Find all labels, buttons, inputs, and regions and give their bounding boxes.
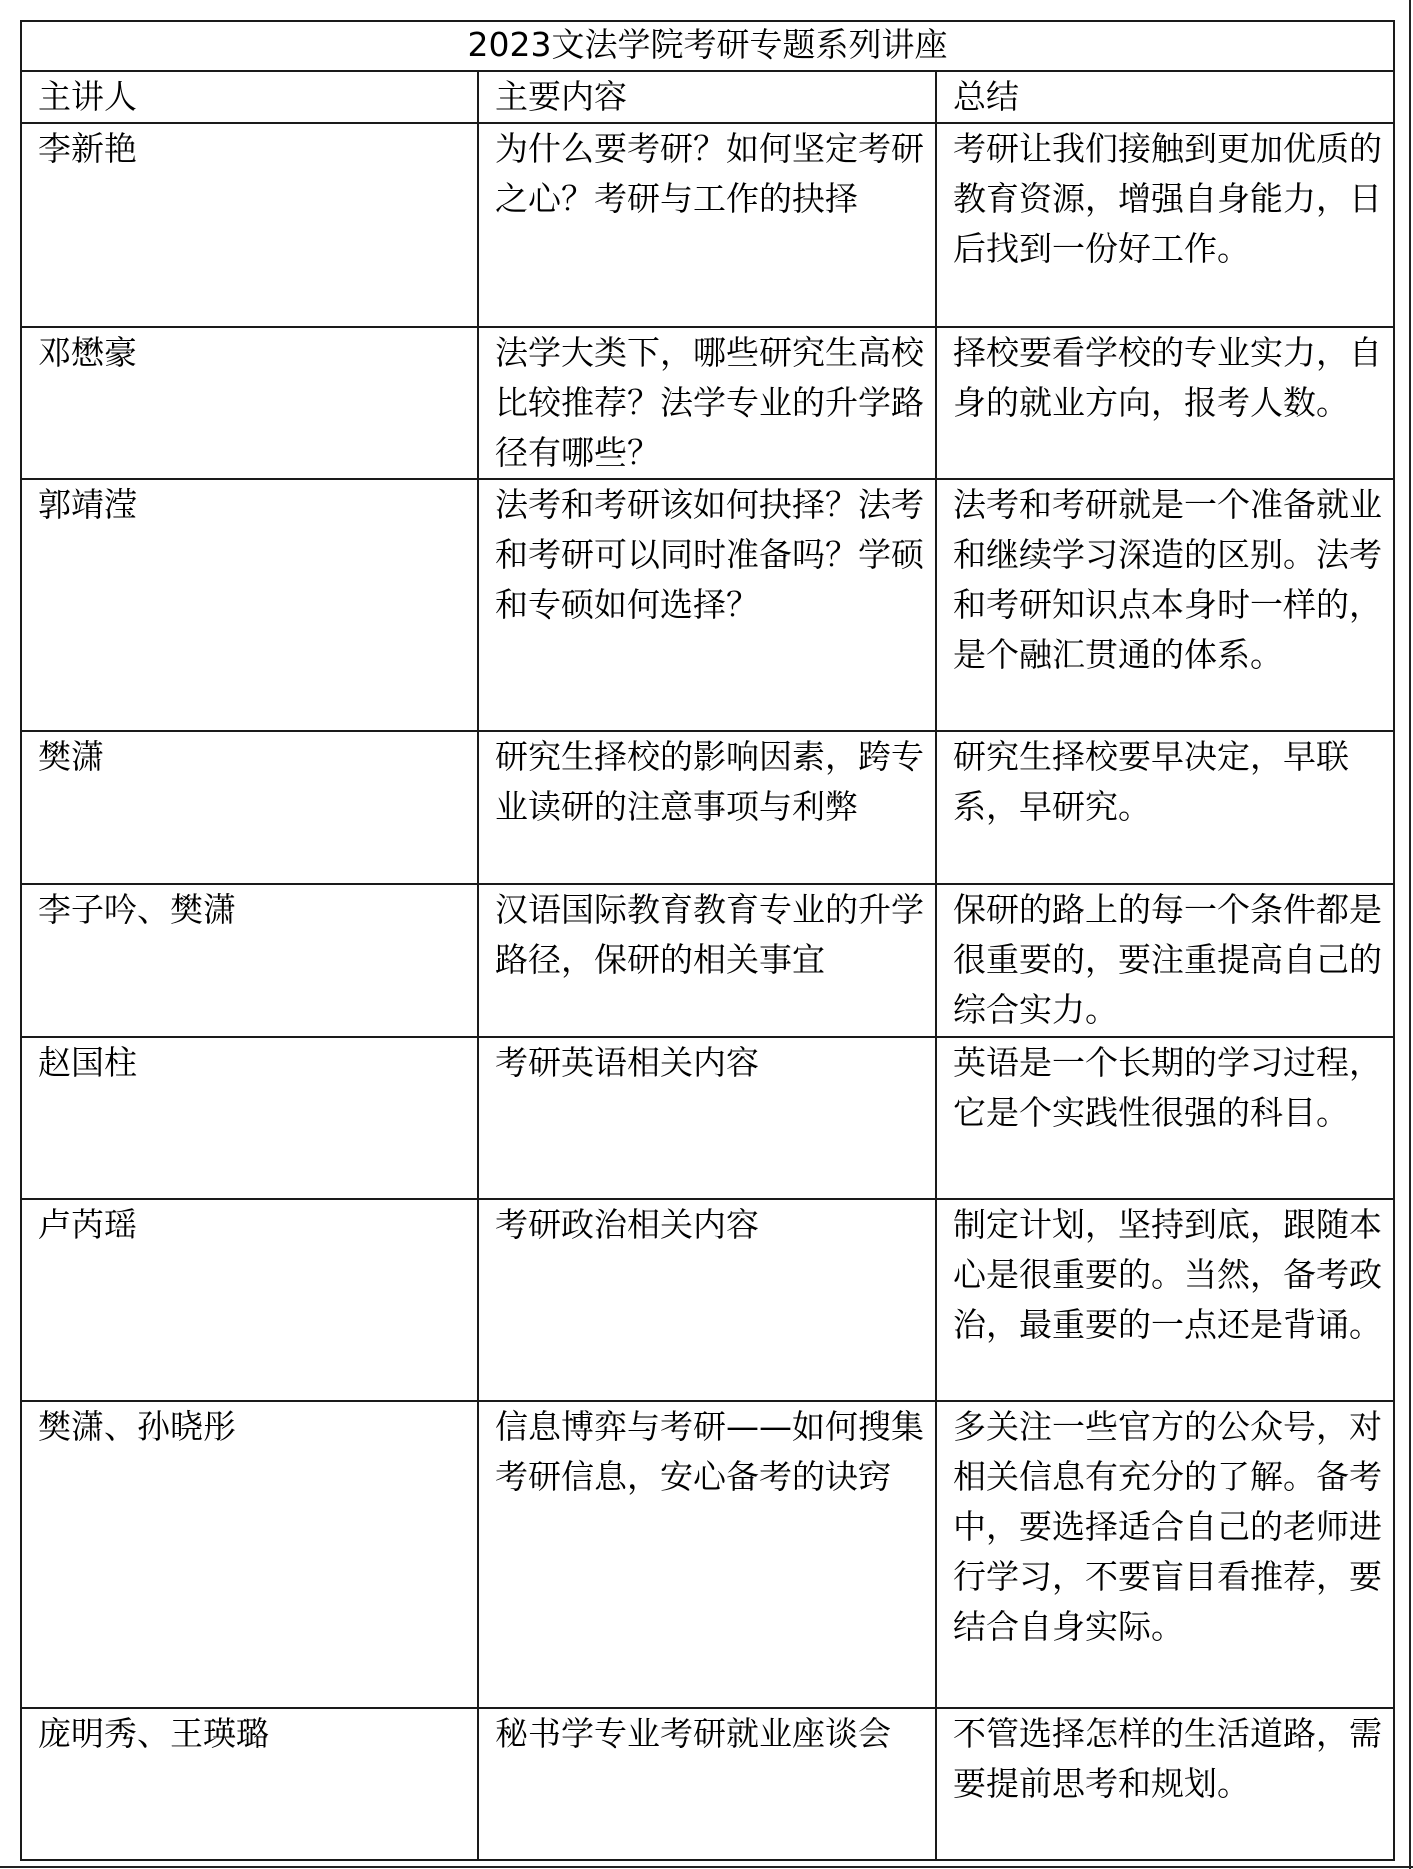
content-cell: 法考和考研该如何抉择？法考和考研可以同时准备吗？学硕和专硕如何选择？ <box>478 479 936 731</box>
content-cell: 考研英语相关内容 <box>478 1037 936 1199</box>
speaker-cell: 庞明秀、王瑛璐 <box>21 1708 478 1860</box>
speaker-cell: 赵国柱 <box>21 1037 478 1199</box>
content-cell: 为什么要考研？如何坚定考研之心？考研与工作的抉择 <box>478 123 936 327</box>
table-row: 赵国柱 考研英语相关内容 英语是一个长期的学习过程，它是个实践性很强的科目。 <box>21 1037 1394 1199</box>
table-row: 李子吟、樊潇 汉语国际教育教育专业的升学路径，保研的相关事宜 保研的路上的每一个… <box>21 884 1394 1037</box>
table-title: 2023文法学院考研专题系列讲座 <box>21 21 1394 71</box>
summary-cell: 多关注一些官方的公众号，对相关信息有充分的了解。备考中，要选择适合自己的老师进行… <box>936 1401 1394 1708</box>
content-cell: 法学大类下，哪些研究生高校比较推荐？法学专业的升学路径有哪些？ <box>478 327 936 479</box>
speaker-cell: 邓懋豪 <box>21 327 478 479</box>
table-title-row: 2023文法学院考研专题系列讲座 <box>21 21 1394 71</box>
summary-cell: 英语是一个长期的学习过程，它是个实践性很强的科目。 <box>936 1037 1394 1199</box>
page-frame-bottom-border <box>0 1866 1413 1868</box>
summary-cell: 制定计划，坚持到底，跟随本心是很重要的。当然，备考政治，最重要的一点还是背诵。 <box>936 1199 1394 1401</box>
table-header-row: 主讲人 主要内容 总结 <box>21 71 1394 123</box>
lecture-series-table: 2023文法学院考研专题系列讲座 主讲人 主要内容 总结 李新艳 为什么要考研？… <box>20 20 1395 1861</box>
header-speaker: 主讲人 <box>21 71 478 123</box>
table-row: 樊潇、孙晓彤 信息博弈与考研——如何搜集考研信息，安心备考的诀窍 多关注一些官方… <box>21 1401 1394 1708</box>
speaker-cell: 樊潇 <box>21 731 478 884</box>
header-summary: 总结 <box>936 71 1394 123</box>
header-content: 主要内容 <box>478 71 936 123</box>
table-row: 庞明秀、王瑛璐 秘书学专业考研就业座谈会 不管选择怎样的生活道路，需要提前思考和… <box>21 1708 1394 1860</box>
speaker-cell: 郭靖滢 <box>21 479 478 731</box>
content-cell: 考研政治相关内容 <box>478 1199 936 1401</box>
speaker-cell: 李新艳 <box>21 123 478 327</box>
table-row: 樊潇 研究生择校的影响因素，跨专业读研的注意事项与利弊 研究生择校要早决定，早联… <box>21 731 1394 884</box>
summary-cell: 不管选择怎样的生活道路，需要提前思考和规划。 <box>936 1708 1394 1860</box>
content-cell: 信息博弈与考研——如何搜集考研信息，安心备考的诀窍 <box>478 1401 936 1708</box>
summary-cell: 择校要看学校的专业实力，自身的就业方向，报考人数。 <box>936 327 1394 479</box>
speaker-cell: 李子吟、樊潇 <box>21 884 478 1037</box>
table-row: 邓懋豪 法学大类下，哪些研究生高校比较推荐？法学专业的升学路径有哪些？ 择校要看… <box>21 327 1394 479</box>
speaker-cell: 樊潇、孙晓彤 <box>21 1401 478 1708</box>
summary-cell: 保研的路上的每一个条件都是很重要的，要注重提高自己的综合实力。 <box>936 884 1394 1037</box>
summary-cell: 法考和考研就是一个准备就业和继续学习深造的区别。法考和考研知识点本身时一样的，是… <box>936 479 1394 731</box>
table-row: 卢芮瑶 考研政治相关内容 制定计划，坚持到底，跟随本心是很重要的。当然，备考政治… <box>21 1199 1394 1401</box>
summary-cell: 考研让我们接触到更加优质的教育资源，增强自身能力，日后找到一份好工作。 <box>936 123 1394 327</box>
summary-cell: 研究生择校要早决定，早联系，早研究。 <box>936 731 1394 884</box>
content-cell: 研究生择校的影响因素，跨专业读研的注意事项与利弊 <box>478 731 936 884</box>
content-cell: 秘书学专业考研就业座谈会 <box>478 1708 936 1860</box>
table-row: 李新艳 为什么要考研？如何坚定考研之心？考研与工作的抉择 考研让我们接触到更加优… <box>21 123 1394 327</box>
page-frame-right-border <box>1409 0 1411 1869</box>
speaker-cell: 卢芮瑶 <box>21 1199 478 1401</box>
content-cell: 汉语国际教育教育专业的升学路径，保研的相关事宜 <box>478 884 936 1037</box>
table-row: 郭靖滢 法考和考研该如何抉择？法考和考研可以同时准备吗？学硕和专硕如何选择？ 法… <box>21 479 1394 731</box>
